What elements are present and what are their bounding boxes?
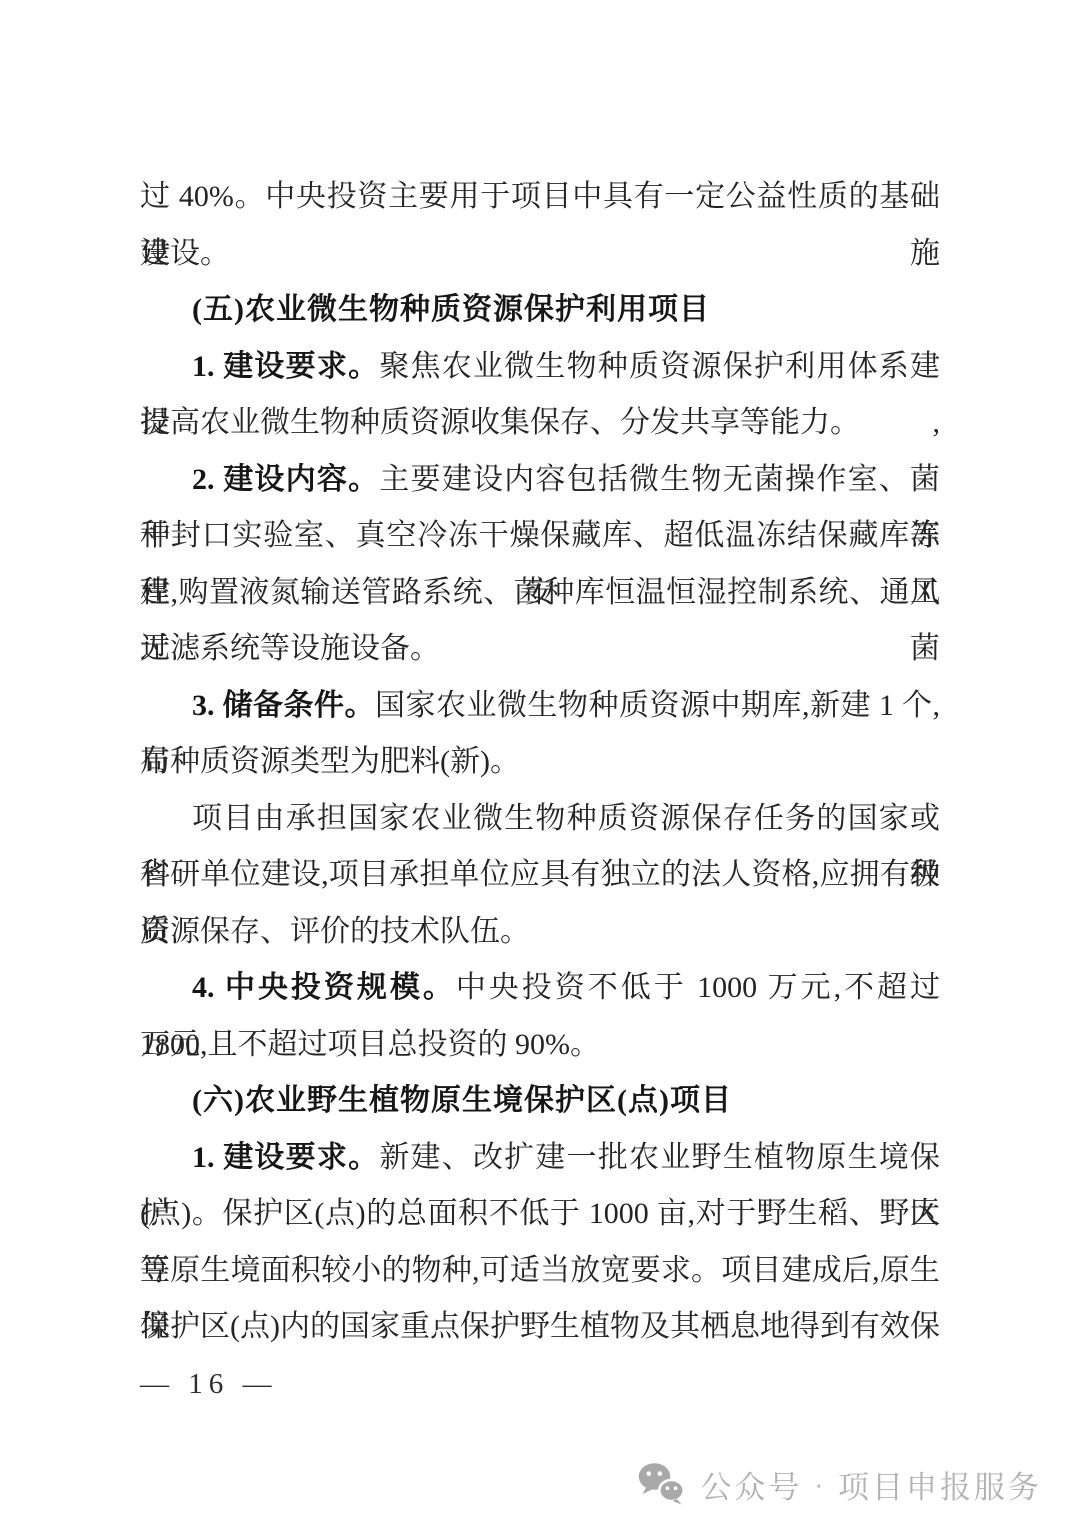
text-line: 资源保存、评价的技术队伍。 xyxy=(140,904,940,961)
watermark-text: 公众号 · 项目申报服务 xyxy=(700,1462,1042,1507)
watermark-account-type: 公众号 xyxy=(700,1462,802,1507)
wechat-icon xyxy=(638,1462,684,1506)
text-line: 万元,且不超过项目总投资的 90%。 xyxy=(140,1017,940,1074)
text-line: 等原生境面积较小的物种,可适当放宽要求。项目建成后,原生境 xyxy=(140,1243,940,1300)
text-line: 3. 储备条件。国家农业微生物种质资源中期库,新建 1 个,布 xyxy=(140,678,940,735)
text-line: 局种质资源类型为肥料(新)。 xyxy=(140,734,940,791)
section-heading: (五)农业微生物种质资源保护利用项目 xyxy=(140,282,940,339)
text-line: 保护区(点)内的国家重点保护野生植物及其栖息地得到有效保 xyxy=(140,1299,940,1356)
text-line: 2. 建设内容。主要建设内容包括微生物无菌操作室、菌种冻 xyxy=(140,452,940,509)
page-number: — 16 — xyxy=(140,1362,278,1406)
text-line: 过 40%。中央投资主要用于项目中具有一定公益性质的基础设施 xyxy=(140,169,940,226)
text-line: 程,购置液氮输送管路系统、菌种库恒温恒湿控制系统、通风无菌 xyxy=(140,565,940,622)
text-line: 提高农业微生物种质资源收集保存、分发共享等能力。 xyxy=(140,395,940,452)
document-body: 过 40%。中央投资主要用于项目中具有一定公益性质的基础设施建设。(五)农业微生… xyxy=(140,169,940,1356)
document-page: 过 40%。中央投资主要用于项目中具有一定公益性质的基础设施建设。(五)农业微生… xyxy=(0,0,1080,1527)
watermark-account-name: 项目申报服务 xyxy=(838,1462,1042,1507)
footer-watermark: 公众号 · 项目申报服务 xyxy=(638,1456,1042,1512)
text-line: 1. 建设要求。新建、改扩建一批农业野生植物原生境保护区 xyxy=(140,1130,940,1187)
section-heading: (六)农业野生植物原生境保护区(点)项目 xyxy=(140,1073,940,1130)
text-line: 1. 建设要求。聚焦农业微生物种质资源保护利用体系建设, xyxy=(140,339,940,396)
text-line: 4. 中央投资规模。中央投资不低于 1000 万元,不超过 1800 xyxy=(140,960,940,1017)
text-line: 干封口实验室、真空冷冻干燥保藏库、超低温冻结保藏库等建安工 xyxy=(140,508,940,565)
text-line: 项目由承担国家农业微生物种质资源保存任务的国家或省级 xyxy=(140,791,940,848)
text-line: 科研单位建设,项目承担单位应具有独立的法人资格,应拥有种质 xyxy=(140,847,940,904)
watermark-separator: · xyxy=(812,1469,828,1500)
text-line: (点)。保护区(点)的总面积不低于 1000 亩,对于野生稻、野大豆 xyxy=(140,1186,940,1243)
